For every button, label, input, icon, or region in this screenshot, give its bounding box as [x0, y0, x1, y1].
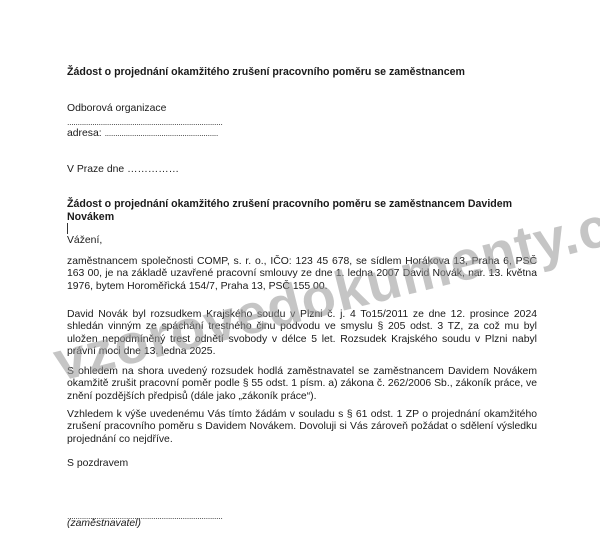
document-heading: Žádost o projednání okamžitého zrušení p…: [67, 66, 465, 79]
signature-role: (zaměstnavatel): [67, 518, 141, 531]
text-cursor: [67, 223, 68, 234]
paragraph-request: Vzhledem k výše uvedenému Vás tímto žádá…: [67, 409, 537, 446]
letter-subject: Žádost o projednání okamžitého zrušení p…: [67, 198, 537, 223]
recipient-address-line: adresa: ................................…: [67, 127, 218, 141]
letter-greeting: Vážení,: [67, 235, 102, 248]
recipient-address-label: adresa:: [67, 128, 102, 139]
letter-closing: S pozdravem: [67, 458, 128, 471]
document-page: Žádost o projednání okamžitého zrušení p…: [0, 0, 600, 559]
paragraph-termination-intent: S ohledem na shora uvedený rozsudek hodl…: [67, 366, 537, 403]
place-date: V Praze dne ……………: [67, 164, 179, 177]
paragraph-employment: zaměstnancem společnosti COMP, s. r. o.,…: [67, 256, 537, 293]
recipient-address-blank: ........................................…: [105, 128, 218, 138]
recipient-organization-label: Odborová organizace: [67, 103, 166, 116]
paragraph-verdict: David Novák byl rozsudkem Krajského soud…: [67, 309, 537, 359]
